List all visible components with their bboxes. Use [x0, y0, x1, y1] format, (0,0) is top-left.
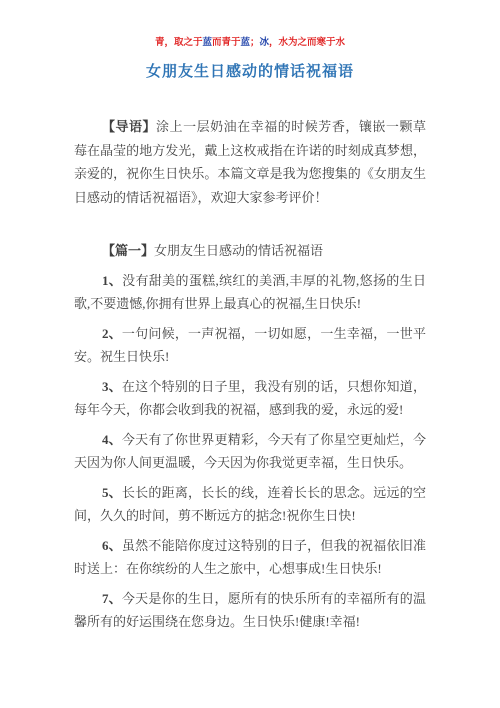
intro-paragraph: 【导语】涂上一层奶油在幸福的时候芳香，镶嵌一颗草莓在晶莹的地方发光，戴上这枚戒指… — [74, 115, 426, 209]
section-label: 【篇一】 — [102, 243, 154, 258]
paragraph-text: 虽然不能陪你度过这特别的日子，但我的祝福依旧准时送上：在你缤纷的人生之旅中，心想… — [74, 538, 426, 577]
paragraph-number: 6、 — [102, 538, 122, 553]
motto-segment: 而青于 — [212, 38, 241, 48]
paragraph-text: 没有甜美的蛋糕,缤红的美酒,丰厚的礼物,悠扬的生日歌,不要遗憾,你拥有世界上最真… — [74, 273, 426, 312]
blessing-paragraph-3: 3、在这个特别的日子里，我没有别的话，只想你知道，每年今天，你都会收到我的祝福，… — [74, 375, 426, 422]
motto-segment: 蓝 — [202, 38, 212, 48]
motto-segment: ； — [250, 38, 260, 48]
motto-segment: 蓝 — [240, 38, 250, 48]
motto-segment: ，水为之而寒于水 — [269, 38, 345, 48]
blessing-paragraph-7: 7、今天是你的生日，愿所有的快乐所有的幸福所有的温馨所有的好运围绕在您身边。生日… — [74, 587, 426, 634]
paragraph-number: 5、 — [102, 485, 122, 500]
paragraph-text: 在这个特别的日子里，我没有别的话，只想你知道，每年今天，你都会收到我的祝福，感到… — [74, 379, 426, 418]
paragraph-number: 1、 — [102, 273, 122, 288]
paragraph-text: 长长的距离，长长的线，连着长长的思念。远远的空间，久久的时间，剪不断远方的掂念!… — [74, 485, 426, 524]
document-page: 青，取之于蓝而青于蓝；冰，水为之而寒于水 女朋友生日感动的情话祝福语 【导语】涂… — [0, 0, 500, 708]
blessing-paragraph-1: 1、没有甜美的蛋糕,缤红的美酒,丰厚的礼物,悠扬的生日歌,不要遗憾,你拥有世界上… — [74, 269, 426, 316]
paragraph-text: 一句问候，一声祝福，一切如愿，一生幸福，一世平安。祝生日快乐! — [74, 326, 426, 365]
blessing-paragraph-5: 5、长长的距离，长长的线，连着长长的思念。远远的空间，久久的时间，剪不断远方的掂… — [74, 481, 426, 528]
section-heading: 【篇一】女朋友生日感动的情话祝福语 — [74, 239, 426, 263]
blessing-paragraph-2: 2、一句问候，一声祝福，一切如愿，一生幸福，一世平安。祝生日快乐! — [74, 322, 426, 369]
paragraph-number: 2、 — [102, 326, 122, 341]
blessing-paragraph-4: 4、今天有了你世界更精彩，今天有了你星空更灿烂，今天因为你人间更温暖，今天因为你… — [74, 428, 426, 475]
intro-label: 【导语】 — [102, 119, 156, 134]
paragraph-text: 今天是你的生日，愿所有的快乐所有的幸福所有的温馨所有的好运围绕在您身边。生日快乐… — [74, 591, 426, 630]
motto-segment: 青，取之于 — [155, 38, 203, 48]
document-body: 【导语】涂上一层奶油在幸福的时候芳香，镶嵌一颗草莓在晶莹的地方发光，戴上这枚戒指… — [74, 115, 426, 634]
motto-segment: 冰 — [260, 38, 270, 48]
paragraph-text: 今天有了你世界更精彩，今天有了你星空更灿烂，今天因为你人间更温暖，今天因为你我觉… — [74, 432, 426, 471]
blessing-paragraph-6: 6、虽然不能陪你度过这特别的日子，但我的祝福依旧准时送上：在你缤纷的人生之旅中，… — [74, 534, 426, 581]
paragraph-number: 3、 — [102, 379, 122, 394]
page-title: 女朋友生日感动的情话祝福语 — [0, 63, 500, 82]
section-title-text: 女朋友生日感动的情话祝福语 — [154, 243, 323, 258]
paragraph-number: 7、 — [102, 591, 122, 606]
motto-line: 青，取之于蓝而青于蓝；冰，水为之而寒于水 — [0, 37, 500, 49]
paragraph-number: 4、 — [102, 432, 122, 447]
